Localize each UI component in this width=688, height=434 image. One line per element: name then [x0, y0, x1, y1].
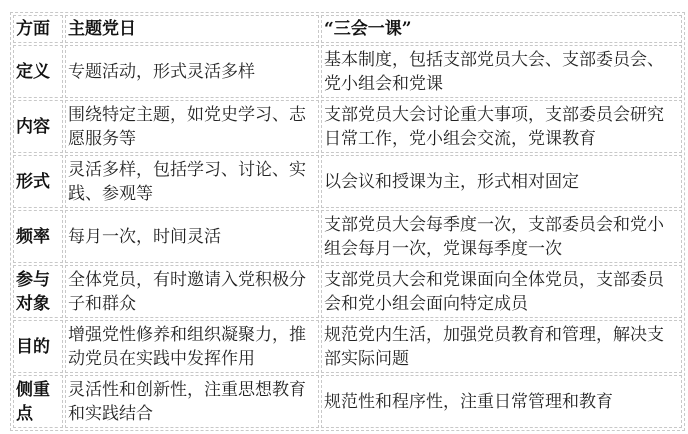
row-theme-day: 全体党员，有时邀请入党积极分子和群众	[65, 265, 319, 318]
row-theme-day: 每月一次，时间灵活	[65, 210, 319, 263]
header-aspect: 方面	[13, 15, 63, 43]
row-theme-day: 专题活动，形式灵活多样	[65, 45, 319, 98]
row-three-one: 支部党员大会每季度一次，支部委员会和党小组会每月一次，党课每季度一次	[321, 210, 682, 263]
row-three-one: 规范党内生活，加强党员教育和管理，解决支部实际问题	[321, 320, 682, 373]
row-theme-day: 灵活多样，包括学习、讨论、实践、参观等	[65, 155, 319, 208]
row-aspect: 定义	[13, 45, 63, 98]
table-row: 定义 专题活动，形式灵活多样 基本制度，包括支部党员大会、支部委员会、党小组会和…	[13, 45, 682, 98]
row-aspect: 目的	[13, 320, 63, 373]
row-aspect: 内容	[13, 100, 63, 153]
table-row: 侧重点 灵活性和创新性，注重思想教育和实践结合 规范性和程序性，注重日常管理和教…	[13, 375, 682, 428]
row-aspect: 形式	[13, 155, 63, 208]
row-theme-day: 灵活性和创新性，注重思想教育和实践结合	[65, 375, 319, 428]
row-aspect: 侧重点	[13, 375, 63, 428]
header-row: 方面 主题党日 “三会一课”	[13, 15, 682, 43]
comparison-table-container: 方面 主题党日 “三会一课” 定义 专题活动，形式灵活多样 基本制度，包括支部党…	[10, 12, 685, 431]
row-three-one: 支部党员大会和党课面向全体党员，支部委员会和党小组会面向特定成员	[321, 265, 682, 318]
row-aspect: 参与对象	[13, 265, 63, 318]
row-three-one: 基本制度，包括支部党员大会、支部委员会、党小组会和党课	[321, 45, 682, 98]
table-row: 内容 围绕特定主题，如党史学习、志愿服务等 支部党员大会讨论重大事项，支部委员会…	[13, 100, 682, 153]
comparison-table: 方面 主题党日 “三会一课” 定义 专题活动，形式灵活多样 基本制度，包括支部党…	[10, 12, 685, 431]
table-row: 目的 增强党性修养和组织凝聚力，推动党员在实践中发挥作用 规范党内生活，加强党员…	[13, 320, 682, 373]
table-row: 形式 灵活多样，包括学习、讨论、实践、参观等 以会议和授课为主，形式相对固定	[13, 155, 682, 208]
table-row: 频率 每月一次，时间灵活 支部党员大会每季度一次，支部委员会和党小组会每月一次，…	[13, 210, 682, 263]
row-three-one: 规范性和程序性，注重日常管理和教育	[321, 375, 682, 428]
header-theme-day: 主题党日	[65, 15, 319, 43]
row-three-one: 支部党员大会讨论重大事项，支部委员会研究日常工作，党小组会交流，党课教育	[321, 100, 682, 153]
row-aspect: 频率	[13, 210, 63, 263]
row-theme-day: 围绕特定主题，如党史学习、志愿服务等	[65, 100, 319, 153]
row-theme-day: 增强党性修养和组织凝聚力，推动党员在实践中发挥作用	[65, 320, 319, 373]
table-row: 参与对象 全体党员，有时邀请入党积极分子和群众 支部党员大会和党课面向全体党员，…	[13, 265, 682, 318]
row-three-one: 以会议和授课为主，形式相对固定	[321, 155, 682, 208]
header-three-one: “三会一课”	[321, 15, 682, 43]
